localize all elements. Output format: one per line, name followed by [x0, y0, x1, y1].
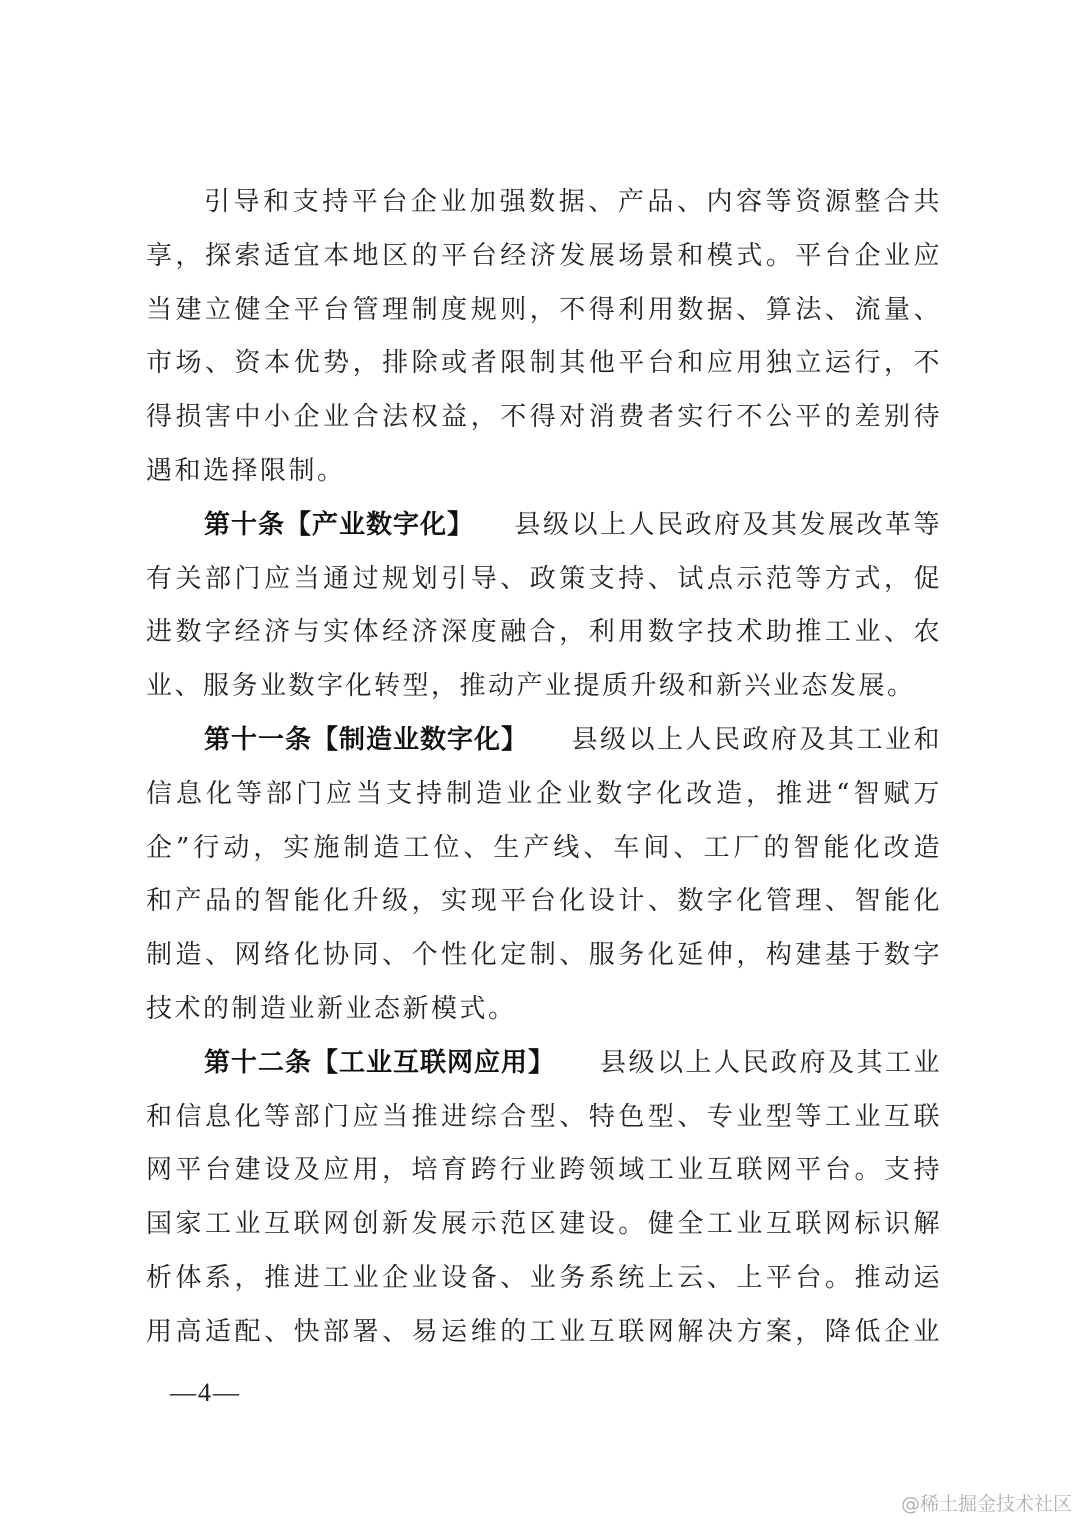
text-line: 遇和选择限制。	[146, 445, 942, 499]
article-10-title: 第十条【产业数字化】	[204, 499, 474, 553]
text-line: 和产品的智能化升级，实现平台化设计、数字化管理、智能化	[146, 875, 942, 929]
watermark: @稀土掘金技术社区	[901, 1489, 1072, 1516]
article-heading-line: 第十一条【制造业数字化】 县级以上人民政府及其工业和	[146, 714, 942, 768]
article-11-title: 第十一条【制造业数字化】	[204, 714, 528, 768]
article-heading-line: 第十条【产业数字化】 县级以上人民政府及其发展改革等	[146, 499, 942, 553]
text-line: 制造、网络化协同、个性化定制、服务化延伸，构建基于数字	[146, 929, 942, 983]
paragraph-platform-enterprise: 引导和支持平台企业加强数据、产品、内容等资源整合共 享，探索适宜本地区的平台经济…	[146, 176, 942, 499]
text-line: 引导和支持平台企业加强数据、产品、内容等资源整合共	[146, 176, 942, 230]
text-line: 技术的制造业新业态新模式。	[146, 983, 942, 1037]
text-line: 当建立健全平台管理制度规则，不得利用数据、算法、流量、	[146, 284, 942, 338]
text-line: 信息化等部门应当支持制造业企业数字化改造，推进“智赋万	[146, 768, 942, 822]
article-11: 第十一条【制造业数字化】 县级以上人民政府及其工业和 信息化等部门应当支持制造业…	[146, 714, 942, 1037]
article-heading-line: 第十二条【工业互联网应用】 县级以上人民政府及其工业	[146, 1037, 942, 1091]
text-line: 和信息化等部门应当推进综合型、特色型、专业型等工业互联	[146, 1091, 942, 1145]
text-line: 业、服务业数字化转型，推动产业提质升级和新兴业态发展。	[146, 660, 942, 714]
article-12-title: 第十二条【工业互联网应用】	[204, 1037, 555, 1091]
text-line: 县级以上人民政府及其工业和	[571, 714, 942, 768]
text-line: 网平台建设及应用，培育跨行业跨领域工业互联网平台。支持	[146, 1144, 942, 1198]
text-line: 析体系，推进工业企业设备、业务系统上云、上平台。推动运	[146, 1252, 942, 1306]
page-number: —4—	[170, 1378, 241, 1408]
text-line: 进数字经济与实体经济深度融合，利用数字技术助推工业、农	[146, 606, 942, 660]
text-line: 县级以上人民政府及其工业	[600, 1037, 942, 1091]
text-line: 企”行动，实施制造工位、生产线、车间、工厂的智能化改造	[146, 822, 942, 876]
article-12: 第十二条【工业互联网应用】 县级以上人民政府及其工业 和信息化等部门应当推进综合…	[146, 1037, 942, 1360]
article-10: 第十条【产业数字化】 县级以上人民政府及其发展改革等 有关部门应当通过规划引导、…	[146, 499, 942, 714]
text-line: 享，探索适宜本地区的平台经济发展场景和模式。平台企业应	[146, 230, 942, 284]
text-line: 有关部门应当通过规划引导、政策支持、试点示范等方式，促	[146, 553, 942, 607]
text-line: 市场、资本优势，排除或者限制其他平台和应用独立运行，不	[146, 337, 942, 391]
text-line: 国家工业互联网创新发展示范区建设。健全工业互联网标识解	[146, 1198, 942, 1252]
text-line: 县级以上人民政府及其发展改革等	[514, 499, 942, 553]
text-line: 用高适配、快部署、易运维的工业互联网解决方案，降低企业	[146, 1306, 942, 1360]
text-line: 得损害中小企业合法权益，不得对消费者实行不公平的差别待	[146, 391, 942, 445]
document-page: 引导和支持平台企业加强数据、产品、内容等资源整合共 享，探索适宜本地区的平台经济…	[146, 176, 942, 1360]
